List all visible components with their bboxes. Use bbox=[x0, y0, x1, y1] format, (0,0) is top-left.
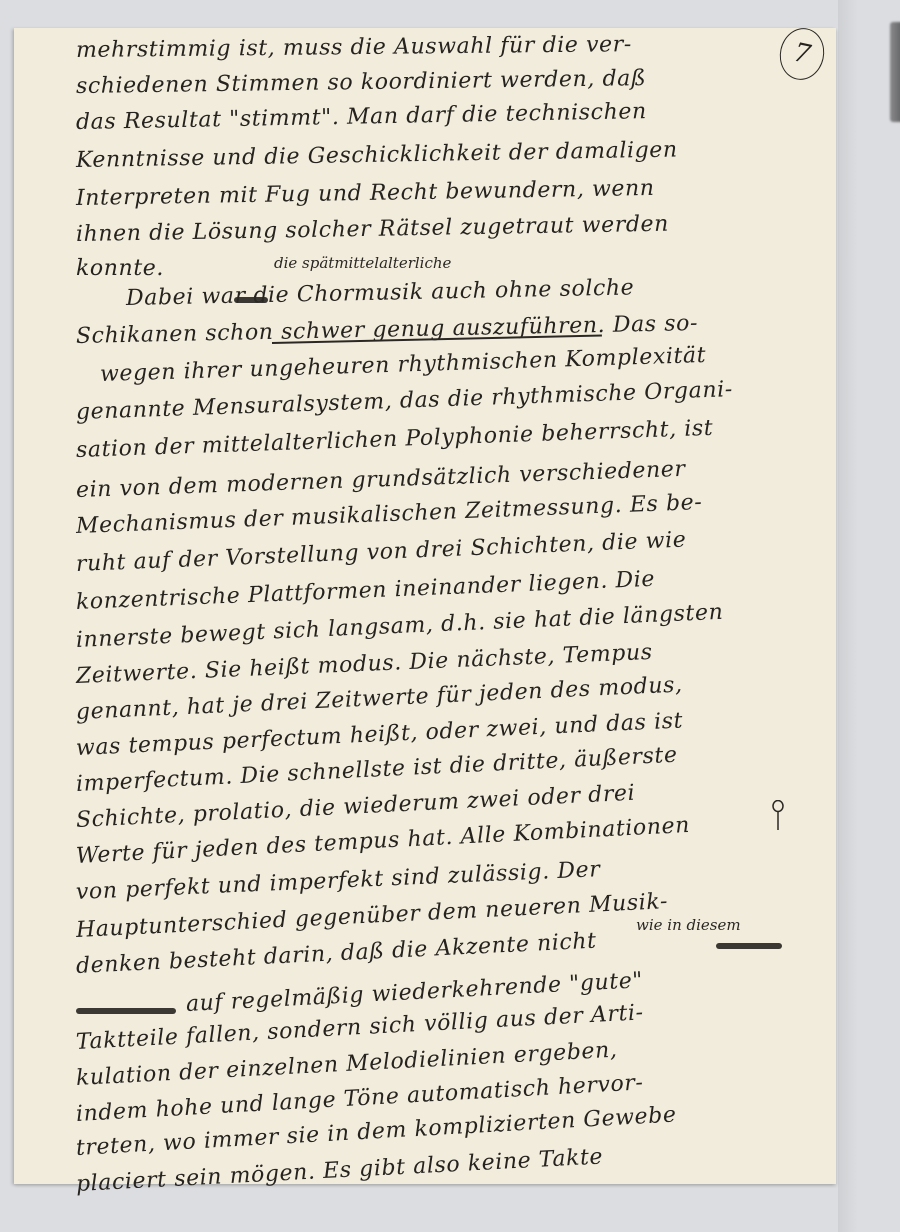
page-number-circled: 7 bbox=[775, 24, 829, 84]
insertion-mark-icon bbox=[772, 800, 784, 832]
manuscript-page: 7 mehrstimmig ist, muss die Auswahl für … bbox=[14, 28, 836, 1184]
strikethrough-mark bbox=[76, 1008, 176, 1014]
strikethrough-mark bbox=[234, 297, 268, 303]
text-line: schiedenen Stimmen so koordiniert werden… bbox=[76, 66, 647, 99]
text-line: mehrstimmig ist, muss die Auswahl für di… bbox=[76, 32, 632, 63]
page-number-text: 7 bbox=[791, 38, 813, 71]
background-shadow bbox=[838, 0, 858, 1232]
adjacent-object-edge bbox=[890, 22, 900, 122]
text-line: Schikanen schon schwer genug auszuführen… bbox=[76, 311, 699, 349]
text-line: das Resultat "stimmt". Man darf die tech… bbox=[76, 99, 647, 135]
text-line: Interpreten mit Fug und Recht bewundern,… bbox=[76, 176, 655, 211]
insertion-above-line: die spätmittelalterliche bbox=[274, 254, 451, 272]
text-line: Dabei war die Chormusik auch ohne solche bbox=[126, 275, 635, 311]
text-line: Kenntnisse und die Geschicklichkeit der … bbox=[76, 137, 678, 172]
text-line: ihnen die Lösung solcher Rätsel zugetrau… bbox=[76, 212, 669, 247]
text-line: konnte. bbox=[76, 256, 164, 281]
text-line: sation der mittelalterlichen Polyphonie … bbox=[76, 416, 714, 463]
insertion-above-line: wie in diesem bbox=[636, 916, 741, 934]
strikethrough-mark bbox=[716, 943, 782, 949]
